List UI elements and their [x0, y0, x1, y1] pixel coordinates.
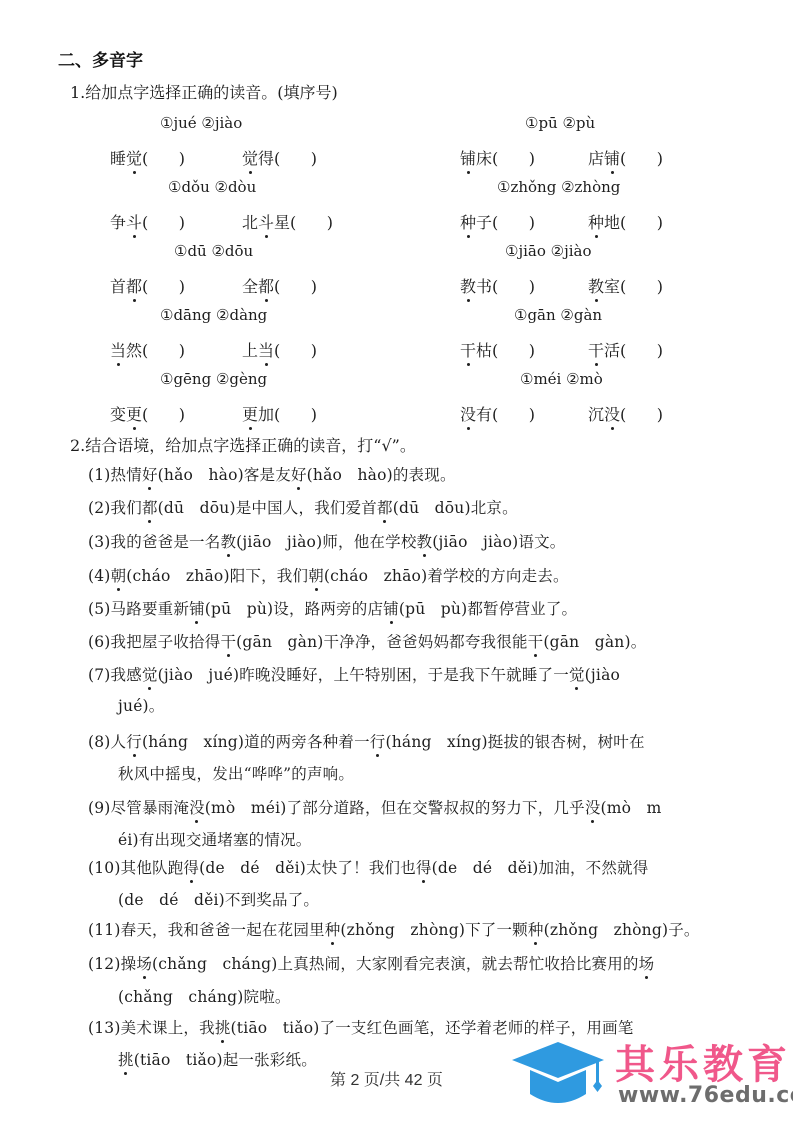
- dotted-char: 都: [377, 496, 393, 518]
- sentence-text: (tiāo tiǎo)起一张彩纸。: [134, 1051, 317, 1069]
- dotted-char: 都: [142, 496, 158, 518]
- answer-blank[interactable]: ( ): [142, 341, 185, 360]
- answer-blank[interactable]: ( ): [290, 213, 333, 232]
- dotted-char: 教: [588, 274, 604, 297]
- dotted-char: 铺: [604, 146, 620, 169]
- sentence-item: (8)人行(háng xíng)道的两旁各种着一行(háng xíng)挺拔的银…: [88, 730, 645, 752]
- sentence-text: (4): [88, 567, 111, 585]
- answer-blank[interactable]: ( ): [274, 149, 317, 168]
- sentence-text: (hǎo hào)客是友: [158, 466, 291, 484]
- word-char: 活: [604, 341, 620, 360]
- word-char: 变: [110, 405, 126, 424]
- dotted-char: 铺: [460, 146, 476, 169]
- sentence-continuation: 挑(tiāo tiǎo)起一张彩纸。: [118, 1048, 317, 1070]
- sentence-item: (6)我把屋子收拾得干(gān gàn)干净净，爸爸妈妈都夸我很能干(gān g…: [88, 630, 646, 652]
- sentence-continuation: (de dé děi)不到奖品了。: [118, 888, 319, 910]
- sentence-item: (4)朝(cháo zhāo)阳下，我们朝(cháo zhāo)着学校的方向走去…: [88, 564, 569, 586]
- word-char: 室: [604, 277, 620, 296]
- word-char: 睡: [110, 149, 126, 168]
- sentence-text: (5)马路要重新: [88, 600, 189, 618]
- dotted-char: 干: [220, 630, 236, 652]
- word-item: 当然( ): [110, 338, 185, 361]
- word-item: 种子( ): [460, 210, 535, 233]
- sentence-text: (de dé děi)不到奖品了。: [118, 891, 319, 909]
- pinyin-options: ①zhǒng ②zhòng: [497, 178, 620, 196]
- answer-blank[interactable]: ( ): [492, 405, 535, 424]
- word-char: 地: [604, 213, 620, 232]
- answer-blank[interactable]: ( ): [274, 277, 317, 296]
- sentence-text: (háng xíng)道的两旁各种着一: [142, 733, 370, 751]
- sentence-item: (3)我的爸爸是一名教(jiāo jiào)师，他在学校教(jiāo jiào)…: [88, 530, 565, 552]
- dotted-char: 教: [417, 530, 433, 552]
- answer-blank[interactable]: ( ): [142, 405, 185, 424]
- word-char: 床: [476, 149, 492, 168]
- dotted-char: 干: [460, 338, 476, 361]
- word-item: 变更( ): [110, 402, 185, 425]
- sentence-text: (dū dōu)北京。: [393, 499, 518, 517]
- pinyin-options: ①gān ②gàn: [514, 306, 602, 324]
- word-char: 然: [126, 341, 142, 360]
- dotted-char: 觉: [142, 663, 158, 685]
- word-item: 更加( ): [242, 402, 317, 425]
- sentence-text: 秋风中摇曳，发出“哗哗”的声响。: [118, 765, 354, 783]
- sentence-item: (1)热情好(hǎo hào)客是友好(hǎo hào)的表现。: [88, 463, 456, 485]
- word-char: 子: [476, 213, 492, 232]
- sentence-text: (de dé děi)太快了！我们也: [199, 859, 416, 877]
- brand-name: 其乐教育: [615, 1033, 791, 1090]
- sentence-text: (cháo zhāo)阳下，我们: [126, 567, 308, 585]
- sentence-text: (zhǒng zhòng)下了一颗: [340, 921, 527, 939]
- dotted-char: 铺: [383, 597, 399, 619]
- sentence-text: (jiào: [585, 666, 620, 684]
- dotted-char: 行: [370, 730, 386, 752]
- word-char: 上: [242, 341, 258, 360]
- sentence-continuation: jué)。: [118, 694, 165, 716]
- word-item: 首都( ): [110, 274, 185, 297]
- pinyin-options: ①méi ②mò: [520, 370, 603, 388]
- sentence-text: (pū pù)都暂停营业了。: [399, 600, 577, 618]
- word-item: 店铺( ): [588, 146, 663, 169]
- dotted-char: 好: [142, 463, 158, 485]
- sentence-text: (12)操: [88, 955, 136, 973]
- dotted-char: 教: [460, 274, 476, 297]
- word-item: 教书( ): [460, 274, 535, 297]
- sentence-text: jué)。: [118, 697, 165, 715]
- dotted-char: 都: [126, 274, 142, 297]
- sentence-text: (zhǒng zhòng)子。: [544, 921, 700, 939]
- sentence-text: (mò m: [601, 799, 662, 817]
- sentence-text: (3)我的爸爸是一名: [88, 533, 220, 551]
- dotted-char: 干: [588, 338, 604, 361]
- graduation-cap-icon: [508, 1036, 608, 1108]
- sentence-item: (9)尽管暴雨淹没(mò méi)了部分道路，但在交警叔叔的努力下，几乎没(mò…: [88, 796, 661, 818]
- word-char: 加: [258, 405, 274, 424]
- sentence-text: (cháo zhāo)着学校的方向走去。: [324, 567, 569, 585]
- word-item: 上当( ): [242, 338, 317, 361]
- dotted-char: 种: [588, 210, 604, 233]
- word-char: 北: [242, 213, 258, 232]
- word-item: 干枯( ): [460, 338, 535, 361]
- answer-blank[interactable]: ( ): [274, 341, 317, 360]
- sentence-item: (13)美术课上，我挑(tiāo tiǎo)了一支红色画笔，还学着老师的样子，用…: [88, 1016, 634, 1038]
- sentence-text: (jiāo jiào)师，他在学校: [236, 533, 416, 551]
- word-item: 铺床( ): [460, 146, 535, 169]
- sentence-continuation: éi)有出现交通堵塞的情况。: [118, 828, 311, 850]
- dotted-char: 当: [258, 338, 274, 361]
- sentence-text: (9)尽管暴雨淹: [88, 799, 189, 817]
- section-title: 二、多音字: [58, 46, 143, 71]
- word-char: 沉: [588, 405, 604, 424]
- dotted-char: 都: [258, 274, 274, 297]
- dotted-char: 朝: [308, 564, 324, 586]
- word-item: 教室( ): [588, 274, 663, 297]
- sentence-item: (7)我感觉(jiào jué)昨晚没睡好，上午特别困，于是我下午就睡了一觉(j…: [88, 663, 620, 685]
- dotted-char: 当: [110, 338, 126, 361]
- dotted-char: 斗: [126, 210, 142, 233]
- answer-blank[interactable]: ( ): [620, 149, 663, 168]
- sentence-text: (háng xíng)挺拔的银杏树，树叶在: [385, 733, 644, 751]
- sentence-item: (10)其他队跑得(de dé děi)太快了！我们也得(de dé děi)加…: [88, 856, 648, 878]
- sentence-text: (gān gàn)。: [543, 633, 646, 651]
- answer-blank[interactable]: ( ): [492, 149, 535, 168]
- dotted-char: 种: [460, 210, 476, 233]
- sentence-continuation: 秋风中摇曳，发出“哗哗”的声响。: [118, 762, 354, 784]
- dotted-char: 挑: [215, 1016, 231, 1038]
- dotted-char: 朝: [111, 564, 127, 586]
- word-char: 首: [110, 277, 126, 296]
- dotted-char: 更: [126, 402, 142, 425]
- word-item: 全都( ): [242, 274, 317, 297]
- sentence-text: (chǎng cháng)上真热闹，大家刚看完表演，就去帮忙收拾比赛用的: [152, 955, 639, 973]
- dotted-char: 行: [126, 730, 142, 752]
- dotted-char: 得: [183, 856, 199, 878]
- word-item: 沉没( ): [588, 402, 663, 425]
- answer-blank[interactable]: ( ): [620, 277, 663, 296]
- dotted-char: 没: [189, 796, 205, 818]
- question-1-title: 1.给加点字选择正确的读音。(填序号): [70, 80, 338, 103]
- sentence-text: (11)春天，我和爸爸一起在花园里: [88, 921, 325, 939]
- dotted-char: 干: [528, 630, 544, 652]
- answer-blank[interactable]: ( ): [274, 405, 317, 424]
- dotted-char: 得: [416, 856, 432, 878]
- sentence-text: (jiào jué)昨晚没睡好，上午特别困，于是我下午就睡了一: [158, 666, 569, 684]
- sentence-text: (6)我把屋子收拾得: [88, 633, 220, 651]
- dotted-char: 觉: [569, 663, 585, 685]
- answer-blank[interactable]: ( ): [620, 341, 663, 360]
- sentence-item: (11)春天，我和爸爸一起在花园里种(zhǒng zhòng)下了一颗种(zhǒ…: [88, 918, 700, 940]
- sentence-text: (gān gàn)干净净，爸爸妈妈都夸我很能: [236, 633, 527, 651]
- dotted-char: 种: [528, 918, 544, 940]
- dotted-char: 铺: [189, 597, 205, 619]
- pinyin-options: ①dǒu ②dòu: [168, 178, 256, 196]
- dotted-char: 好: [291, 463, 307, 485]
- pinyin-options: ①dū ②dōu: [174, 242, 253, 260]
- dotted-char: 场: [136, 952, 152, 974]
- sentence-item: (2)我们都(dū dōu)是中国人，我们爱首都(dū dōu)北京。: [88, 496, 518, 518]
- sentence-item: (5)马路要重新铺(pū pù)设，路两旁的店铺(pū pù)都暂停营业了。: [88, 597, 577, 619]
- sentence-text: éi)有出现交通堵塞的情况。: [118, 831, 311, 849]
- sentence-text: (10)其他队跑: [88, 859, 183, 877]
- answer-blank[interactable]: ( ): [492, 341, 535, 360]
- word-char: 全: [242, 277, 258, 296]
- dotted-char: 种: [325, 918, 341, 940]
- answer-blank[interactable]: ( ): [620, 213, 663, 232]
- sentence-text: (2)我们: [88, 499, 142, 517]
- dotted-char: 没: [604, 402, 620, 425]
- dotted-char: 觉: [126, 146, 142, 169]
- sentence-text: (1)热情: [88, 466, 142, 484]
- sentence-text: (jiāo jiào)语文。: [432, 533, 565, 551]
- sentence-text: (tiāo tiǎo)了一支红色画笔，还学着老师的样子，用画笔: [231, 1019, 634, 1037]
- answer-blank[interactable]: ( ): [620, 405, 663, 424]
- sentence-item: (12)操场(chǎng cháng)上真热闹，大家刚看完表演，就去帮忙收拾比赛…: [88, 952, 654, 974]
- sentence-text: (8)人: [88, 733, 126, 751]
- sentence-text: (mò méi)了部分道路，但在交警叔叔的努力下，几乎: [205, 799, 585, 817]
- answer-blank[interactable]: ( ): [492, 213, 535, 232]
- question-2-title: 2.结合语境，给加点字选择正确的读音，打“√”。: [70, 433, 416, 456]
- sentence-text: (de dé děi)加油，不然就得: [432, 859, 649, 877]
- pinyin-options: ①jué ②jiào: [160, 114, 242, 132]
- word-item: 争斗( ): [110, 210, 185, 233]
- answer-blank[interactable]: ( ): [142, 213, 185, 232]
- dotted-char: 更: [242, 402, 258, 425]
- sentence-text: (hǎo hào)的表现。: [307, 466, 456, 484]
- word-char: 书: [476, 277, 492, 296]
- dotted-char: 斗: [258, 210, 274, 233]
- site-url: www.76edu.com: [618, 1083, 793, 1108]
- answer-blank[interactable]: ( ): [142, 277, 185, 296]
- pinyin-options: ①jiāo ②jiào: [505, 242, 592, 260]
- word-item: 种地( ): [588, 210, 663, 233]
- answer-blank[interactable]: ( ): [142, 149, 185, 168]
- word-char: 有: [476, 405, 492, 424]
- sentence-text: (chǎng cháng)院啦。: [118, 988, 291, 1006]
- sentence-continuation: (chǎng cháng)院啦。: [118, 985, 291, 1007]
- answer-blank[interactable]: ( ): [492, 277, 535, 296]
- word-item: 觉得( ): [242, 146, 317, 169]
- word-char: 得: [258, 149, 274, 168]
- dotted-char: 挑: [118, 1048, 134, 1070]
- word-item: 没有( ): [460, 402, 535, 425]
- dotted-char: 没: [585, 796, 601, 818]
- word-item: 干活( ): [588, 338, 663, 361]
- pinyin-options: ①pū ②pù: [525, 114, 595, 132]
- word-char: 店: [588, 149, 604, 168]
- word-char: 星: [274, 213, 290, 232]
- word-item: 睡觉( ): [110, 146, 185, 169]
- sentence-text: (dū dōu)是中国人，我们爱首: [158, 499, 377, 517]
- dotted-char: 觉: [242, 146, 258, 169]
- sentence-text: (7)我感: [88, 666, 142, 684]
- word-item: 北斗星( ): [242, 210, 333, 233]
- page-number: 第 2 页/共 42 页: [330, 1067, 443, 1090]
- pinyin-options: ①dāng ②dàng: [160, 306, 267, 324]
- dotted-char: 场: [639, 952, 655, 974]
- word-char: 枯: [476, 341, 492, 360]
- dotted-char: 没: [460, 402, 476, 425]
- sentence-text: (13)美术课上，我: [88, 1019, 215, 1037]
- pinyin-options: ①gēng ②gèng: [160, 370, 267, 388]
- sentence-text: (pū pù)设，路两旁的店: [205, 600, 383, 618]
- word-char: 争: [110, 213, 126, 232]
- dotted-char: 教: [220, 530, 236, 552]
